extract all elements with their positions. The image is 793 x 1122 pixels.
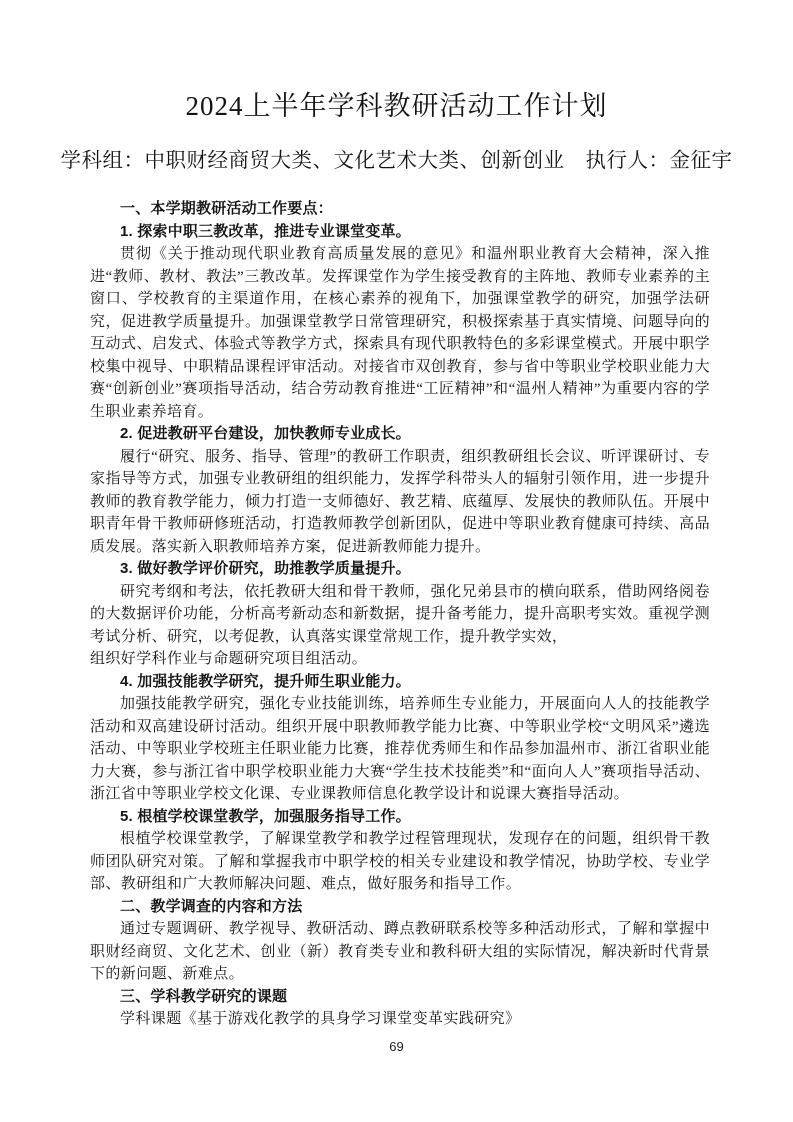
- paragraph-1-4: 加强技能教学研究，强化专业技能训练，培养师生专业能力，开展面向人人的技能教学活动…: [90, 693, 710, 806]
- paragraph-1-1: 贯彻《关于推动现代职业教育高质量发展的意见》和温州职业教育大会精神，深入推进“教…: [90, 243, 710, 423]
- sub-heading-1-1: 1. 探索中职三教改革，推进专业课堂变革。: [90, 221, 710, 244]
- paragraph-2-1: 通过专题调研、教学视导、教研活动、蹲点教研联系校等多种活动形式，了解和掌握中职财…: [90, 918, 710, 986]
- paragraph-1-5: 根植学校课堂教学，了解课堂教学和教学过程管理现状，发现存在的问题，组织骨干教师团…: [90, 828, 710, 896]
- sub-heading-1-2: 2. 促进教研平台建设，加快教师专业成长。: [90, 423, 710, 446]
- paragraph-1-2: 履行“研究、服务、指导、管理”的教研工作职责，组织教研组长会议、听评课研讨、专家…: [90, 446, 710, 559]
- section-heading-1: 一、本学期教研活动工作要点：: [90, 198, 710, 221]
- sub-heading-1-5: 5. 根植学校课堂教学，加强服务指导工作。: [90, 806, 710, 829]
- document-subtitle: 学科组：中职财经商贸大类、文化艺术大类、创新创业 执行人：金征宇: [0, 143, 793, 173]
- sub-heading-1-4: 4. 加强技能教学研究，提升师生职业能力。: [90, 671, 710, 694]
- section-heading-3: 三、学科教学研究的课题: [90, 986, 710, 1009]
- document-title: 2024上半年学科教研活动工作计划: [0, 0, 793, 123]
- paragraph-1-3: 研究考纲和考法，依托教研大组和骨干教师，强化兄弟县市的横向联系，借助网络阅卷的大…: [90, 581, 710, 649]
- paragraph-1-3-continued: 组织好学科作业与命题研究项目组活动。: [90, 648, 710, 671]
- paragraph-3-1: 学科课题《基于游戏化教学的具身学习课堂变革实践研究》: [90, 1008, 710, 1031]
- sub-heading-1-3: 3. 做好教学评价研究，助推教学质量提升。: [90, 558, 710, 581]
- document-body: 一、本学期教研活动工作要点： 1. 探索中职三教改革，推进专业课堂变革。 贯彻《…: [90, 198, 710, 1031]
- section-heading-2: 二、教学调查的内容和方法: [90, 896, 710, 919]
- page-number: 69: [0, 1039, 793, 1054]
- document-page: 2024上半年学科教研活动工作计划 学科组：中职财经商贸大类、文化艺术大类、创新…: [0, 0, 793, 1122]
